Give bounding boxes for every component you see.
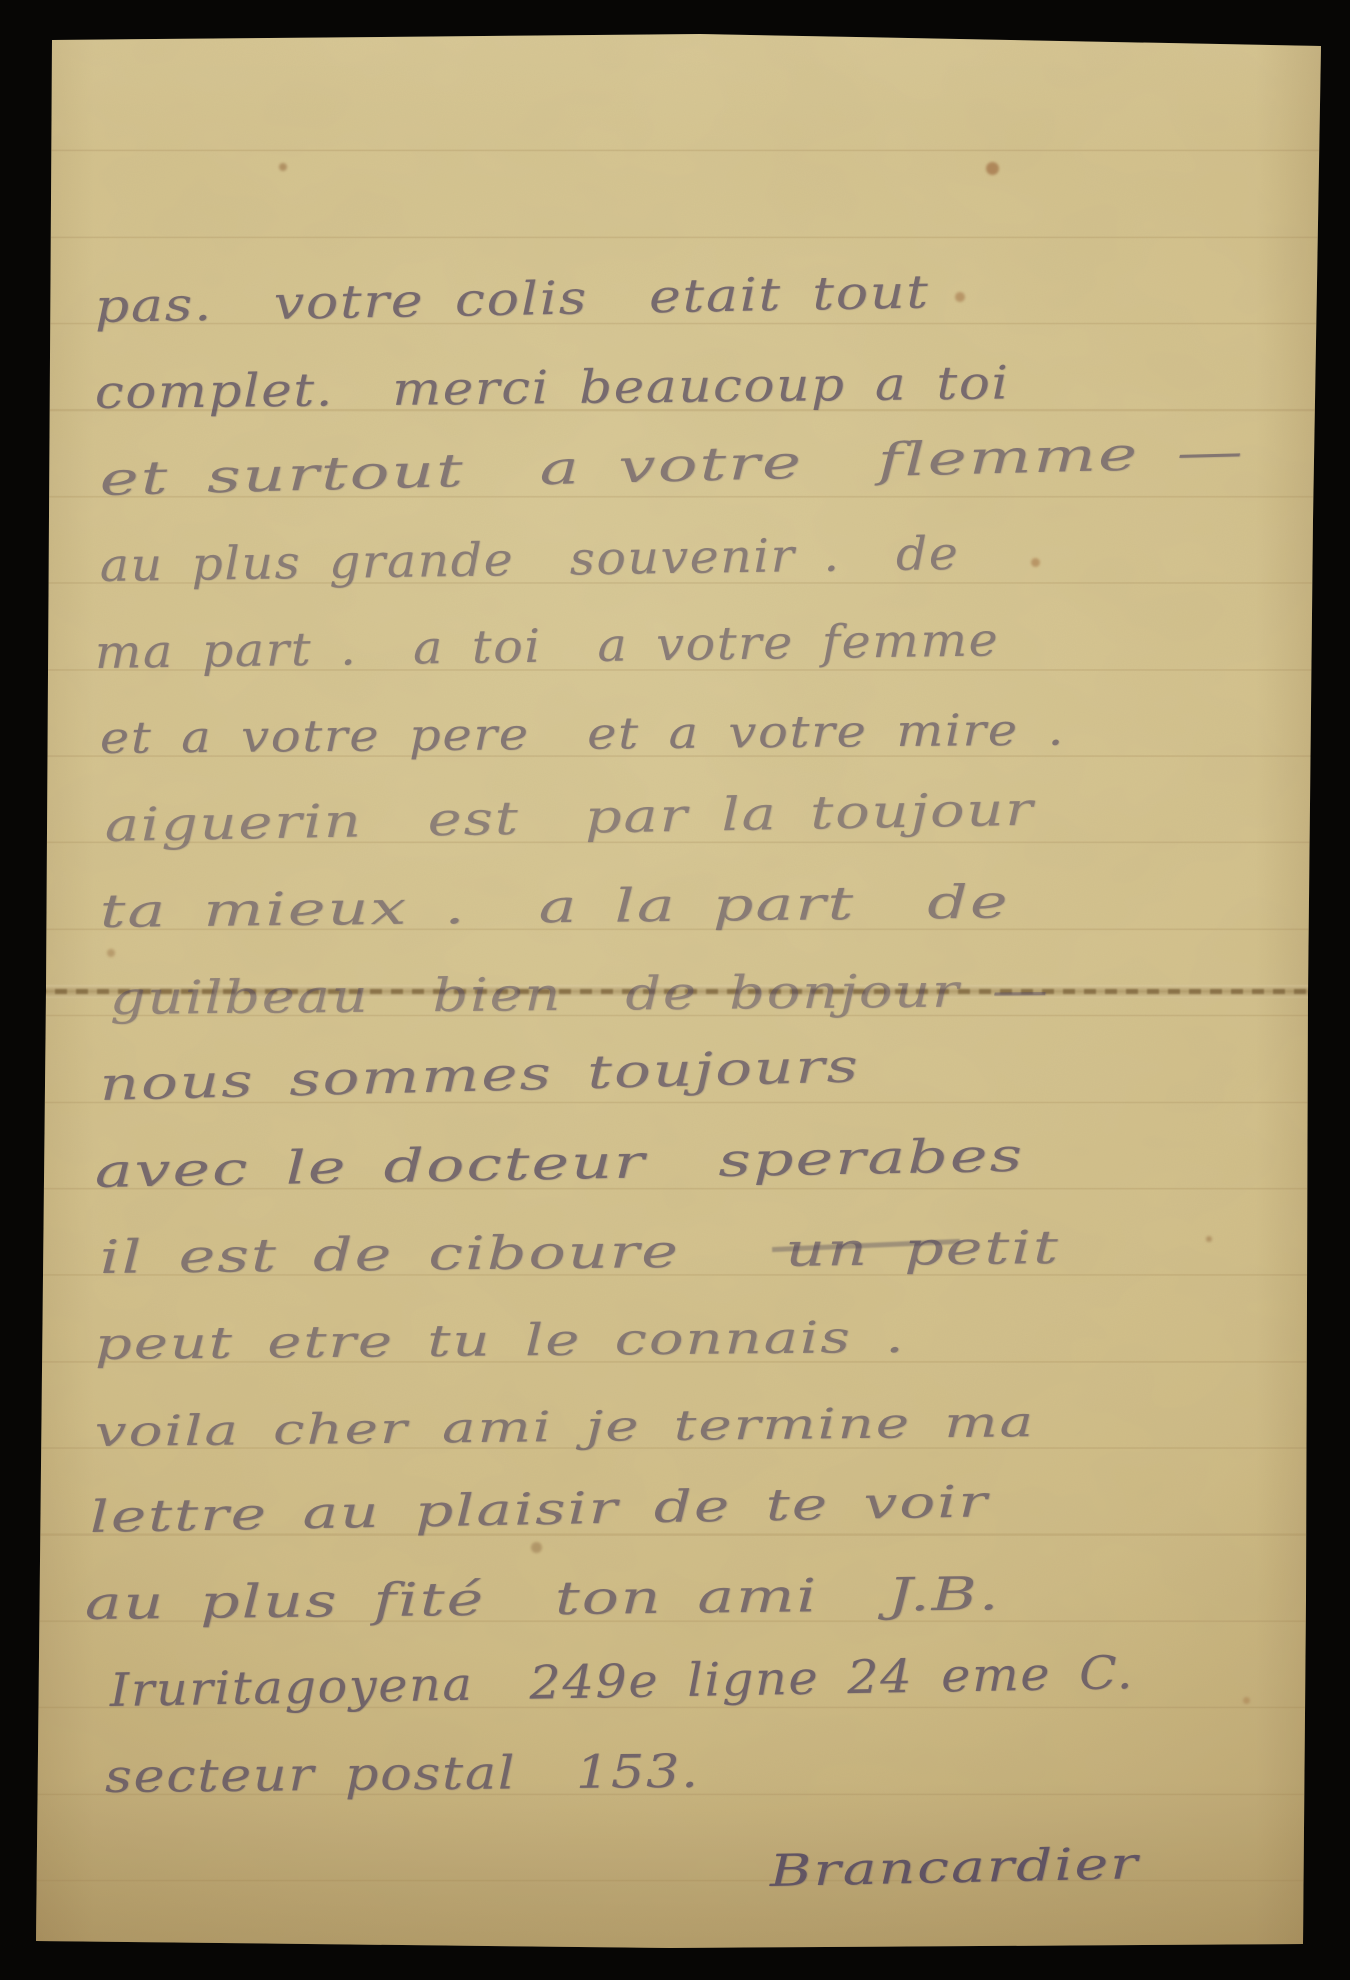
age-stain [279,163,287,171]
handwriting-line: voila cher ami je termine ma [95,1397,1036,1456]
handwriting-line: lettre au plaisir de te voir [89,1476,989,1543]
handwriting-line: nous sommes toujours [99,1039,860,1112]
age-stain [531,1542,542,1553]
handwriting-line: guilbeau bien de bonjour — [110,963,1050,1025]
handwriting-line: il est de ciboure un petit [100,1220,1061,1284]
handwriting-line: peut etre tu le connais . [95,1312,906,1370]
handwriting-line: Brancardier [769,1838,1140,1897]
handwriting-line: au plus grande souvenir . de [99,526,959,592]
age-stain [986,162,999,175]
scan-background: pas. votre colis etait toutcomplet. merc… [0,0,1350,1980]
age-stain [1243,1697,1250,1704]
handwriting-line: aiguerin est par la toujour [104,782,1035,852]
handwriting-line: avec le docteur sperabes [94,1128,1024,1198]
handwriting-line: ma part . a toi a votre femme [94,613,999,680]
handwriting-line: secteur postal 153. [105,1744,700,1803]
age-stain [1206,1236,1212,1242]
handwriting-line: Iruritagoyena 249e ligne 24 eme C. [109,1645,1134,1717]
handwriting-line: et surtout a votre flemme — [99,424,1245,506]
age-stain [1031,558,1040,567]
age-stain [107,949,115,957]
handwriting-line: et a votre pere et a votre mire . [100,705,1066,764]
handwriting-line: complet. merci beaucoup a toi [95,356,1010,420]
age-stain [955,292,965,302]
letter-page: pas. votre colis etait toutcomplet. merc… [0,0,1350,1980]
handwriting-line: pas. votre colis etait tout [94,265,930,334]
handwriting-line: au plus fité ton ami J.B. [85,1567,1001,1631]
handwriting-line: ta mieux . a la part de [100,875,1010,939]
